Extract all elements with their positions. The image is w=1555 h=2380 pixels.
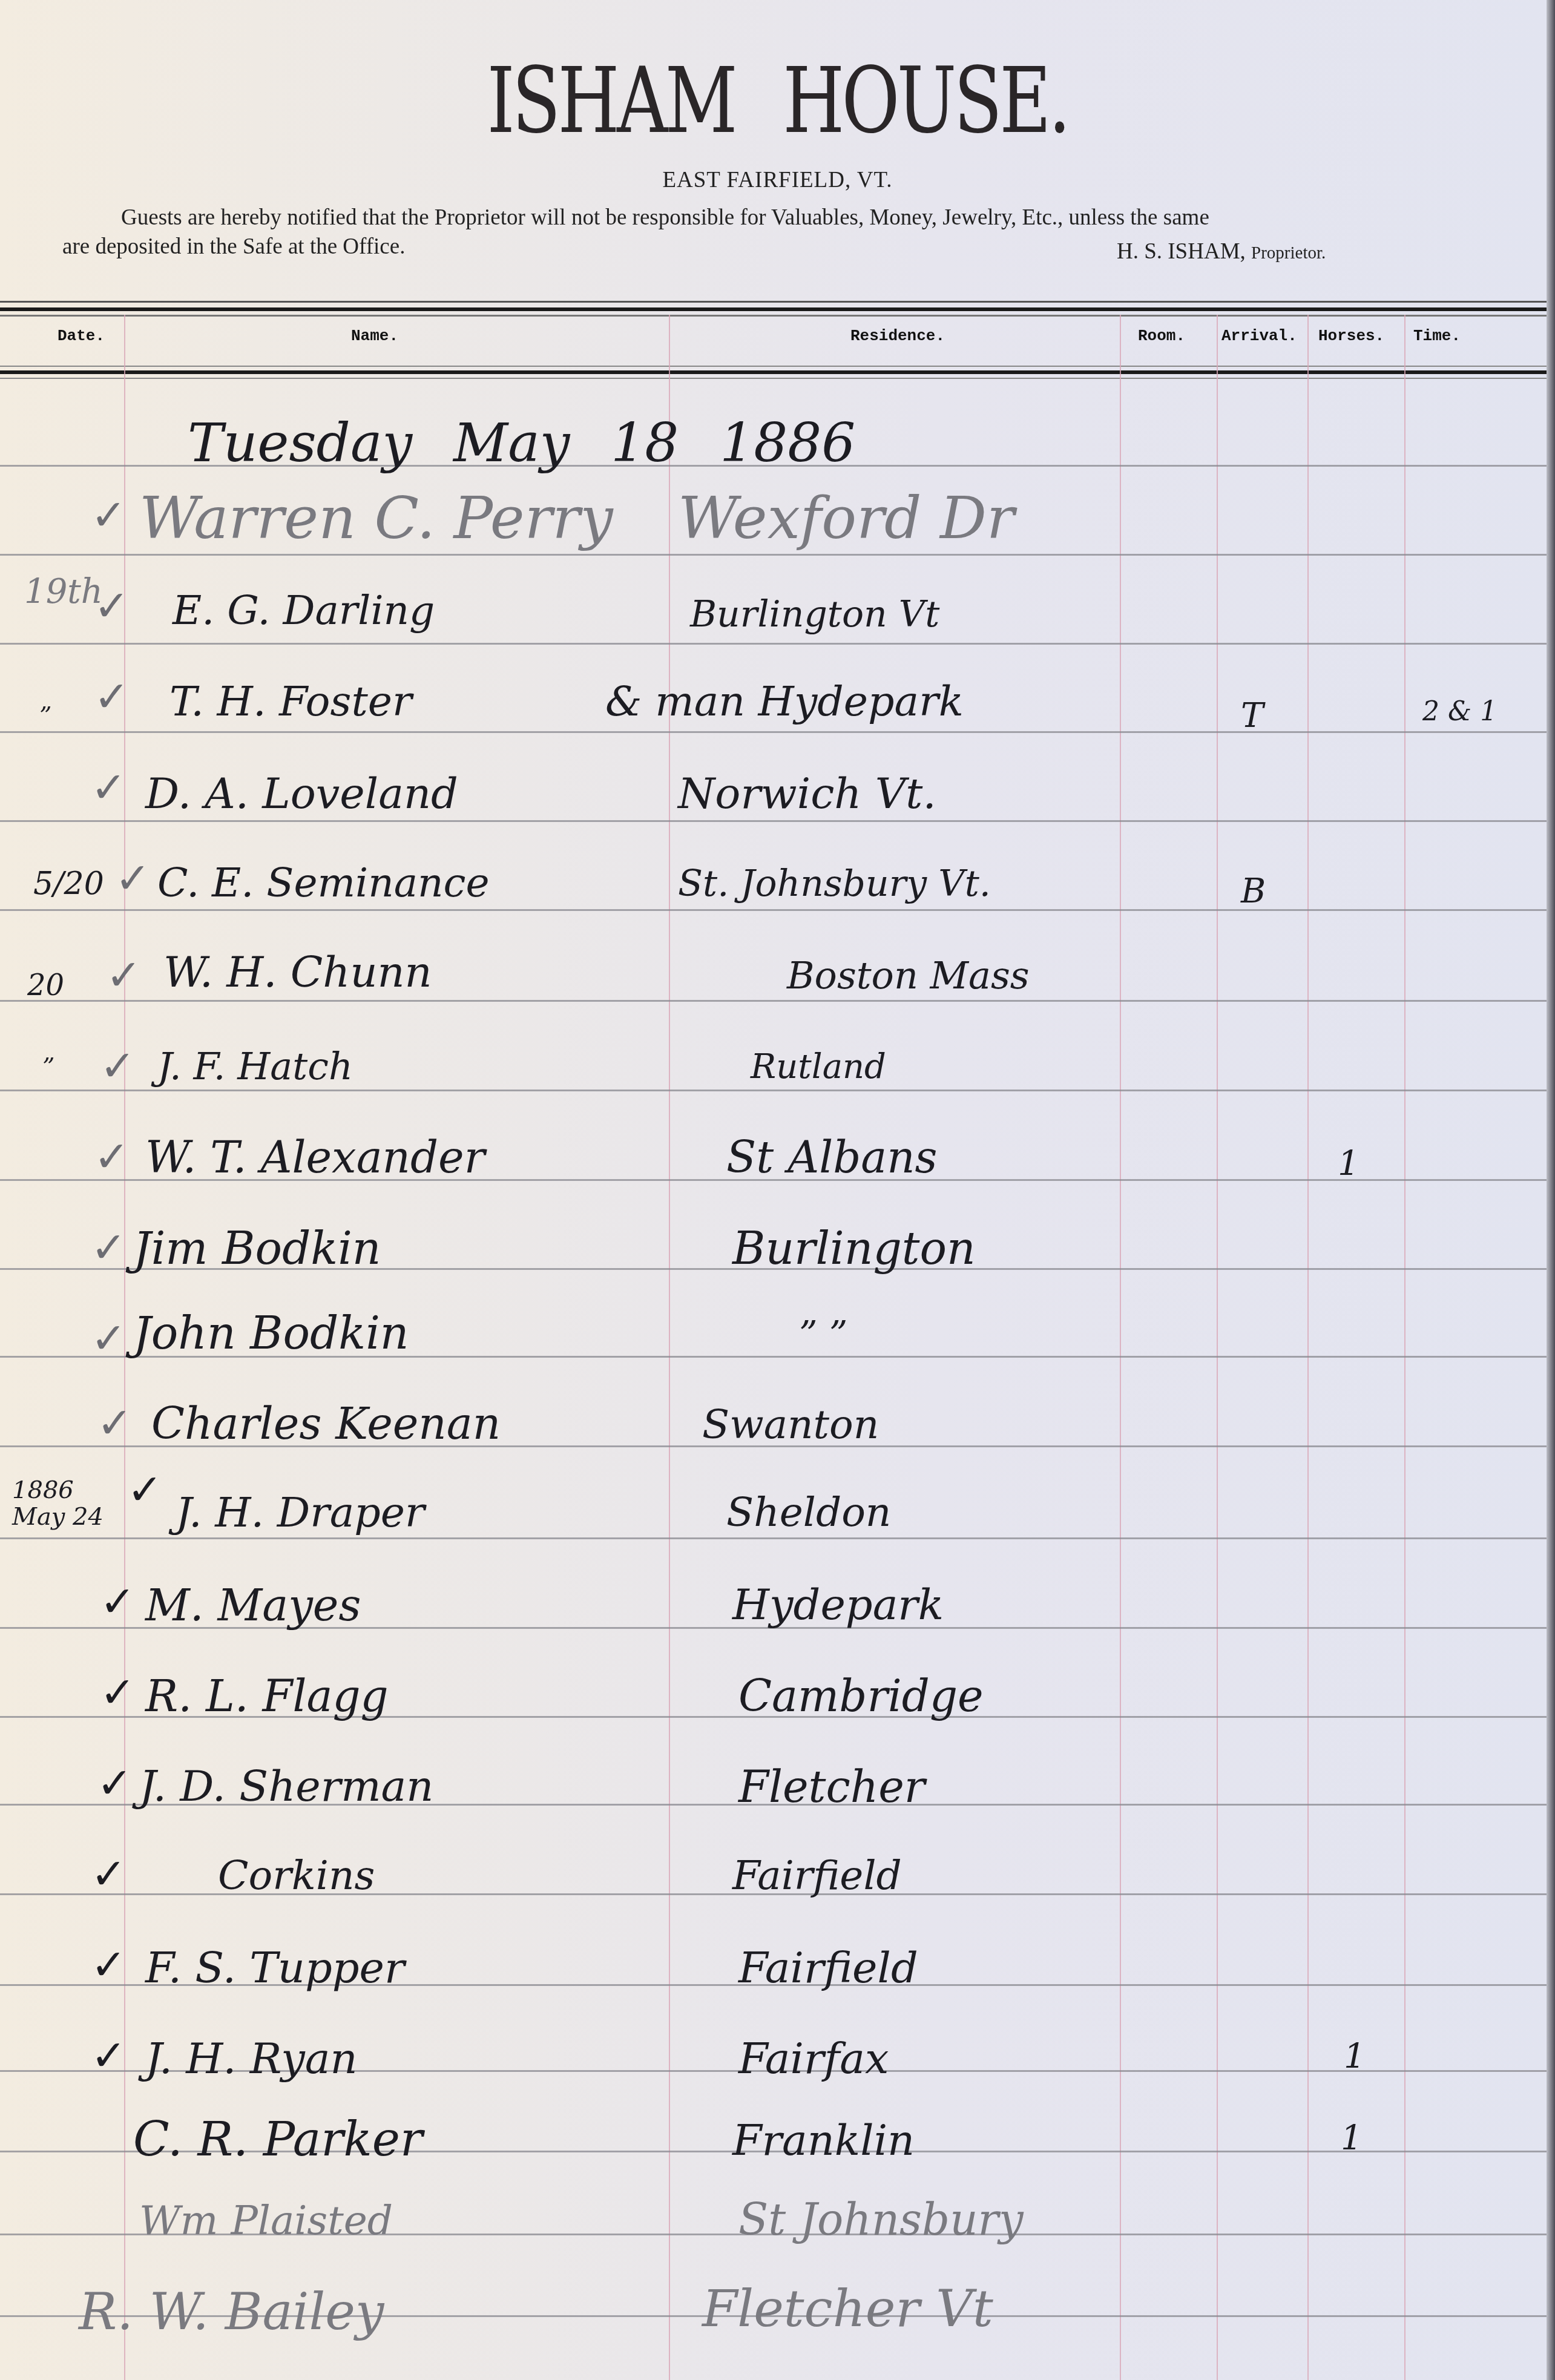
proprietor-name: H. S. ISHAM, (1117, 239, 1246, 264)
guest-residence: Rutland (751, 1047, 886, 1086)
guest-residence: Burlington (732, 1223, 976, 1275)
header-rule (0, 366, 1547, 367)
guest-residence: Fairfax (738, 2034, 889, 2083)
guest-name: J. F. Hatch (157, 1044, 353, 1088)
header-rule (0, 370, 1547, 374)
arrival-value: T (1241, 696, 1263, 735)
guest-residence: Franklin (732, 2115, 915, 2165)
column-header-horses: Horses. (1318, 327, 1384, 345)
check-mark-icon: ✓ (115, 853, 151, 903)
check-mark-icon: ✓ (91, 2031, 127, 2080)
guest-name: J. D. Sherman (139, 1761, 433, 1811)
entry-date: 19th (24, 572, 103, 611)
guest-name: Corkins (218, 1852, 375, 1899)
header-rule (0, 378, 1547, 379)
check-mark-icon: ✓ (94, 672, 130, 722)
check-mark-icon: ✓ (91, 1849, 127, 1899)
entry-date: 5/20 (33, 866, 104, 902)
guest-residence: ” ” (799, 1313, 847, 1356)
guest-residence: Fletcher Vt (702, 2279, 993, 2338)
horses-value: 1 (1344, 2037, 1366, 2076)
guest-name: C. E. Seminance (157, 860, 490, 906)
ruled-line (0, 1090, 1547, 1091)
check-mark-icon: ✓ (100, 1577, 136, 1626)
guest-name: Jim Bodkin (133, 1223, 381, 1275)
entry-date: ” (39, 702, 51, 730)
entry-date: 20 (27, 968, 64, 1002)
ruled-line (0, 820, 1547, 822)
book-spine-edge (1547, 0, 1555, 2380)
column-header-residence: Residence. (850, 327, 945, 345)
guest-residence: Fairfield (738, 1943, 918, 1993)
guest-name: W. T. Alexander (145, 1132, 485, 1183)
guest-name: Warren C. Perry (139, 484, 613, 552)
guest-name: John Bodkin (133, 1307, 409, 1359)
proprietor-signature: H. S. ISHAM, Proprietor. (1117, 238, 1326, 265)
header-rule (0, 301, 1547, 303)
guest-name: C. R. Parker (133, 2112, 422, 2167)
guest-residence: Hydepark (732, 1580, 944, 1629)
date-heading: Tuesday May 18 1886 (188, 412, 855, 474)
ruled-line (0, 909, 1547, 911)
check-mark-icon: ✓ (97, 1758, 133, 1808)
guest-name: Charles Keenan (151, 1398, 501, 1449)
time-value: 2 & 1 (1422, 696, 1497, 727)
check-mark-icon: ✓ (91, 1313, 127, 1363)
header-rule (0, 307, 1547, 311)
ruled-line (0, 1000, 1547, 1002)
entry-date: 1886 May 24 (12, 1477, 133, 1530)
guest-residence: Wexford Dr (678, 484, 1014, 552)
guest-name: Wm Plaisted (139, 2197, 393, 2244)
guest-name: E. G. Darling (173, 587, 435, 634)
guest-name: W. H. Chunn (163, 947, 432, 997)
check-mark-icon: ✓ (106, 950, 142, 1000)
check-mark-icon: ✓ (94, 1132, 130, 1182)
ruled-line (0, 731, 1547, 733)
guest-name: T. H. Foster (169, 678, 412, 726)
check-mark-icon: ✓ (91, 490, 127, 540)
column-header-date: Date. (58, 327, 105, 345)
check-mark-icon: ✓ (97, 1398, 133, 1448)
guest-residence: Swanton (702, 1401, 879, 1448)
check-mark-icon: ✓ (91, 1223, 127, 1272)
notice-line-1: Guests are hereby notified that the Prop… (121, 205, 1209, 231)
page-title: ISHAM HOUSE. (171, 56, 1384, 146)
header-rule (0, 315, 1547, 317)
guest-residence: Fletcher (738, 1761, 925, 1812)
horses-value: 1 (1341, 2119, 1363, 2158)
guest-name: D. A. Loveland (145, 769, 458, 818)
guest-name: J. H. Draper (176, 1489, 425, 1537)
guest-residence: Boston Mass (787, 953, 1030, 998)
arrival-value: B (1241, 872, 1266, 911)
check-mark-icon: ✓ (100, 1668, 136, 1717)
guest-name: F. S. Tupper (145, 1943, 404, 1993)
guest-residence: Cambridge (738, 1671, 984, 1721)
ruled-line (0, 1537, 1547, 1539)
column-header-time: Time. (1413, 327, 1461, 345)
check-mark-icon: ✓ (127, 1465, 163, 1514)
horses-value: 1 (1338, 1144, 1359, 1183)
guest-residence: Norwich Vt. (678, 769, 936, 818)
guest-residence: & man Hydepark (605, 678, 964, 726)
guest-name: R. W. Bailey (79, 2282, 384, 2341)
guest-name: M. Mayes (145, 1580, 361, 1631)
guest-residence: St Johnsbury (738, 2194, 1024, 2245)
guest-residence: Burlington Vt (690, 593, 939, 636)
column-header-room: Room. (1138, 327, 1185, 345)
guest-name: R. L. Flagg (145, 1671, 389, 1721)
check-mark-icon: ✓ (91, 1940, 127, 1990)
guest-name: J. H. Ryan (145, 2034, 358, 2083)
check-mark-icon: ✓ (100, 1041, 136, 1091)
guest-residence: St. Johnsbury Vt. (678, 863, 991, 905)
location-subtitle: EAST FAIRFIELD, VT. (0, 167, 1555, 193)
guest-residence: Sheldon (726, 1489, 891, 1536)
notice-line-2: are deposited in the Safe at the Office. (62, 234, 405, 260)
check-mark-icon: ✓ (91, 763, 127, 812)
proprietor-title: Proprietor. (1251, 243, 1326, 263)
guest-residence: Fairfield (732, 1852, 902, 1899)
ruled-line (0, 554, 1547, 556)
entry-date: ” (42, 1053, 54, 1081)
ruled-line (0, 643, 1547, 645)
column-header-arrival: Arrival. (1221, 327, 1297, 345)
check-mark-icon: ✓ (94, 581, 130, 631)
column-header-name: Name. (351, 327, 398, 345)
guest-residence: St Albans (726, 1132, 938, 1183)
